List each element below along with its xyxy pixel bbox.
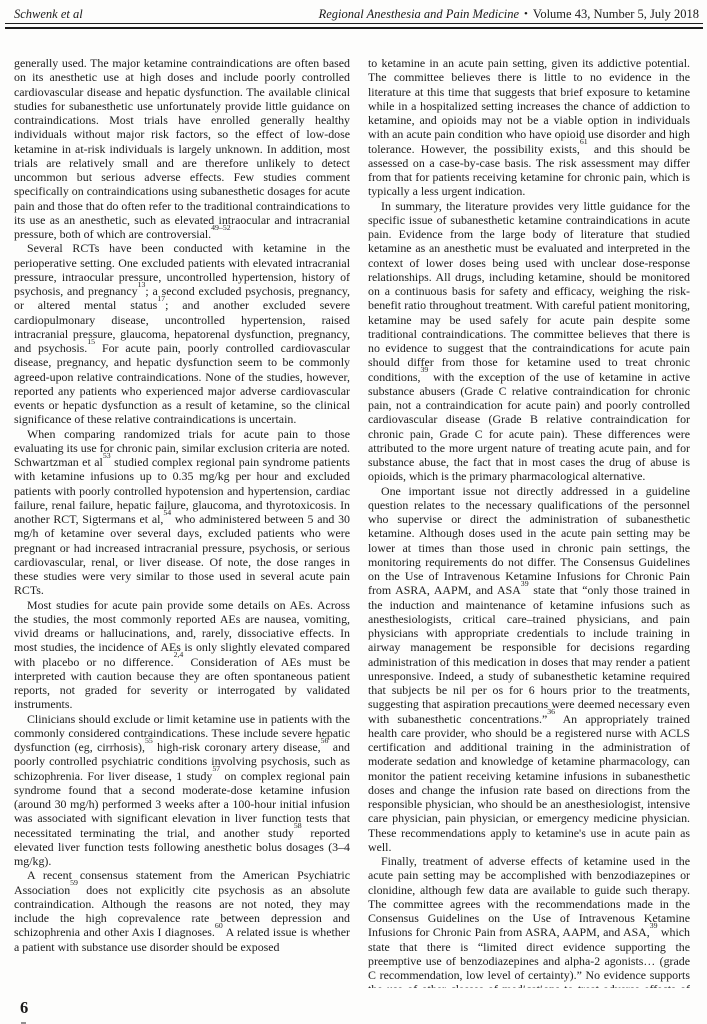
paragraph: One important issue not directly address… [368, 484, 690, 855]
paragraph: In summary, the literature provides very… [368, 199, 690, 484]
paragraph: Most studies for acute pain provide some… [14, 598, 350, 712]
running-head: Schwenk et al Regional Anesthesia and Pa… [14, 7, 699, 22]
paragraph: When comparing randomized trials for acu… [14, 427, 350, 598]
paragraph: to ketamine in an acute pain setting, gi… [368, 56, 690, 199]
running-head-journal-issue: Regional Anesthesia and Pain Medicine•Vo… [319, 7, 699, 22]
paragraph: Finally, treatment of adverse effects of… [368, 854, 690, 988]
paragraph: generally used. The major ketamine contr… [14, 56, 350, 241]
left-column: generally used. The major ketamine contr… [14, 56, 350, 988]
issue-info: Volume 43, Number 5, July 2018 [533, 7, 699, 21]
paragraph: Several RCTs have been conducted with ke… [14, 241, 350, 426]
right-column: to ketamine in an acute pain setting, gi… [368, 56, 690, 988]
paragraph: Clinicians should exclude or limit ketam… [14, 712, 350, 869]
header-rule [5, 23, 703, 29]
article-body: generally used. The major ketamine contr… [14, 56, 690, 988]
paragraph: A recent consensus statement from the Am… [14, 868, 350, 954]
page-number: 6 [20, 1000, 28, 1016]
running-head-author: Schwenk et al [14, 7, 83, 21]
journal-article-page: Schwenk et al Regional Anesthesia and Pa… [0, 0, 707, 1024]
journal-title: Regional Anesthesia and Pain Medicine [319, 7, 519, 21]
bullet-separator: • [519, 8, 533, 20]
